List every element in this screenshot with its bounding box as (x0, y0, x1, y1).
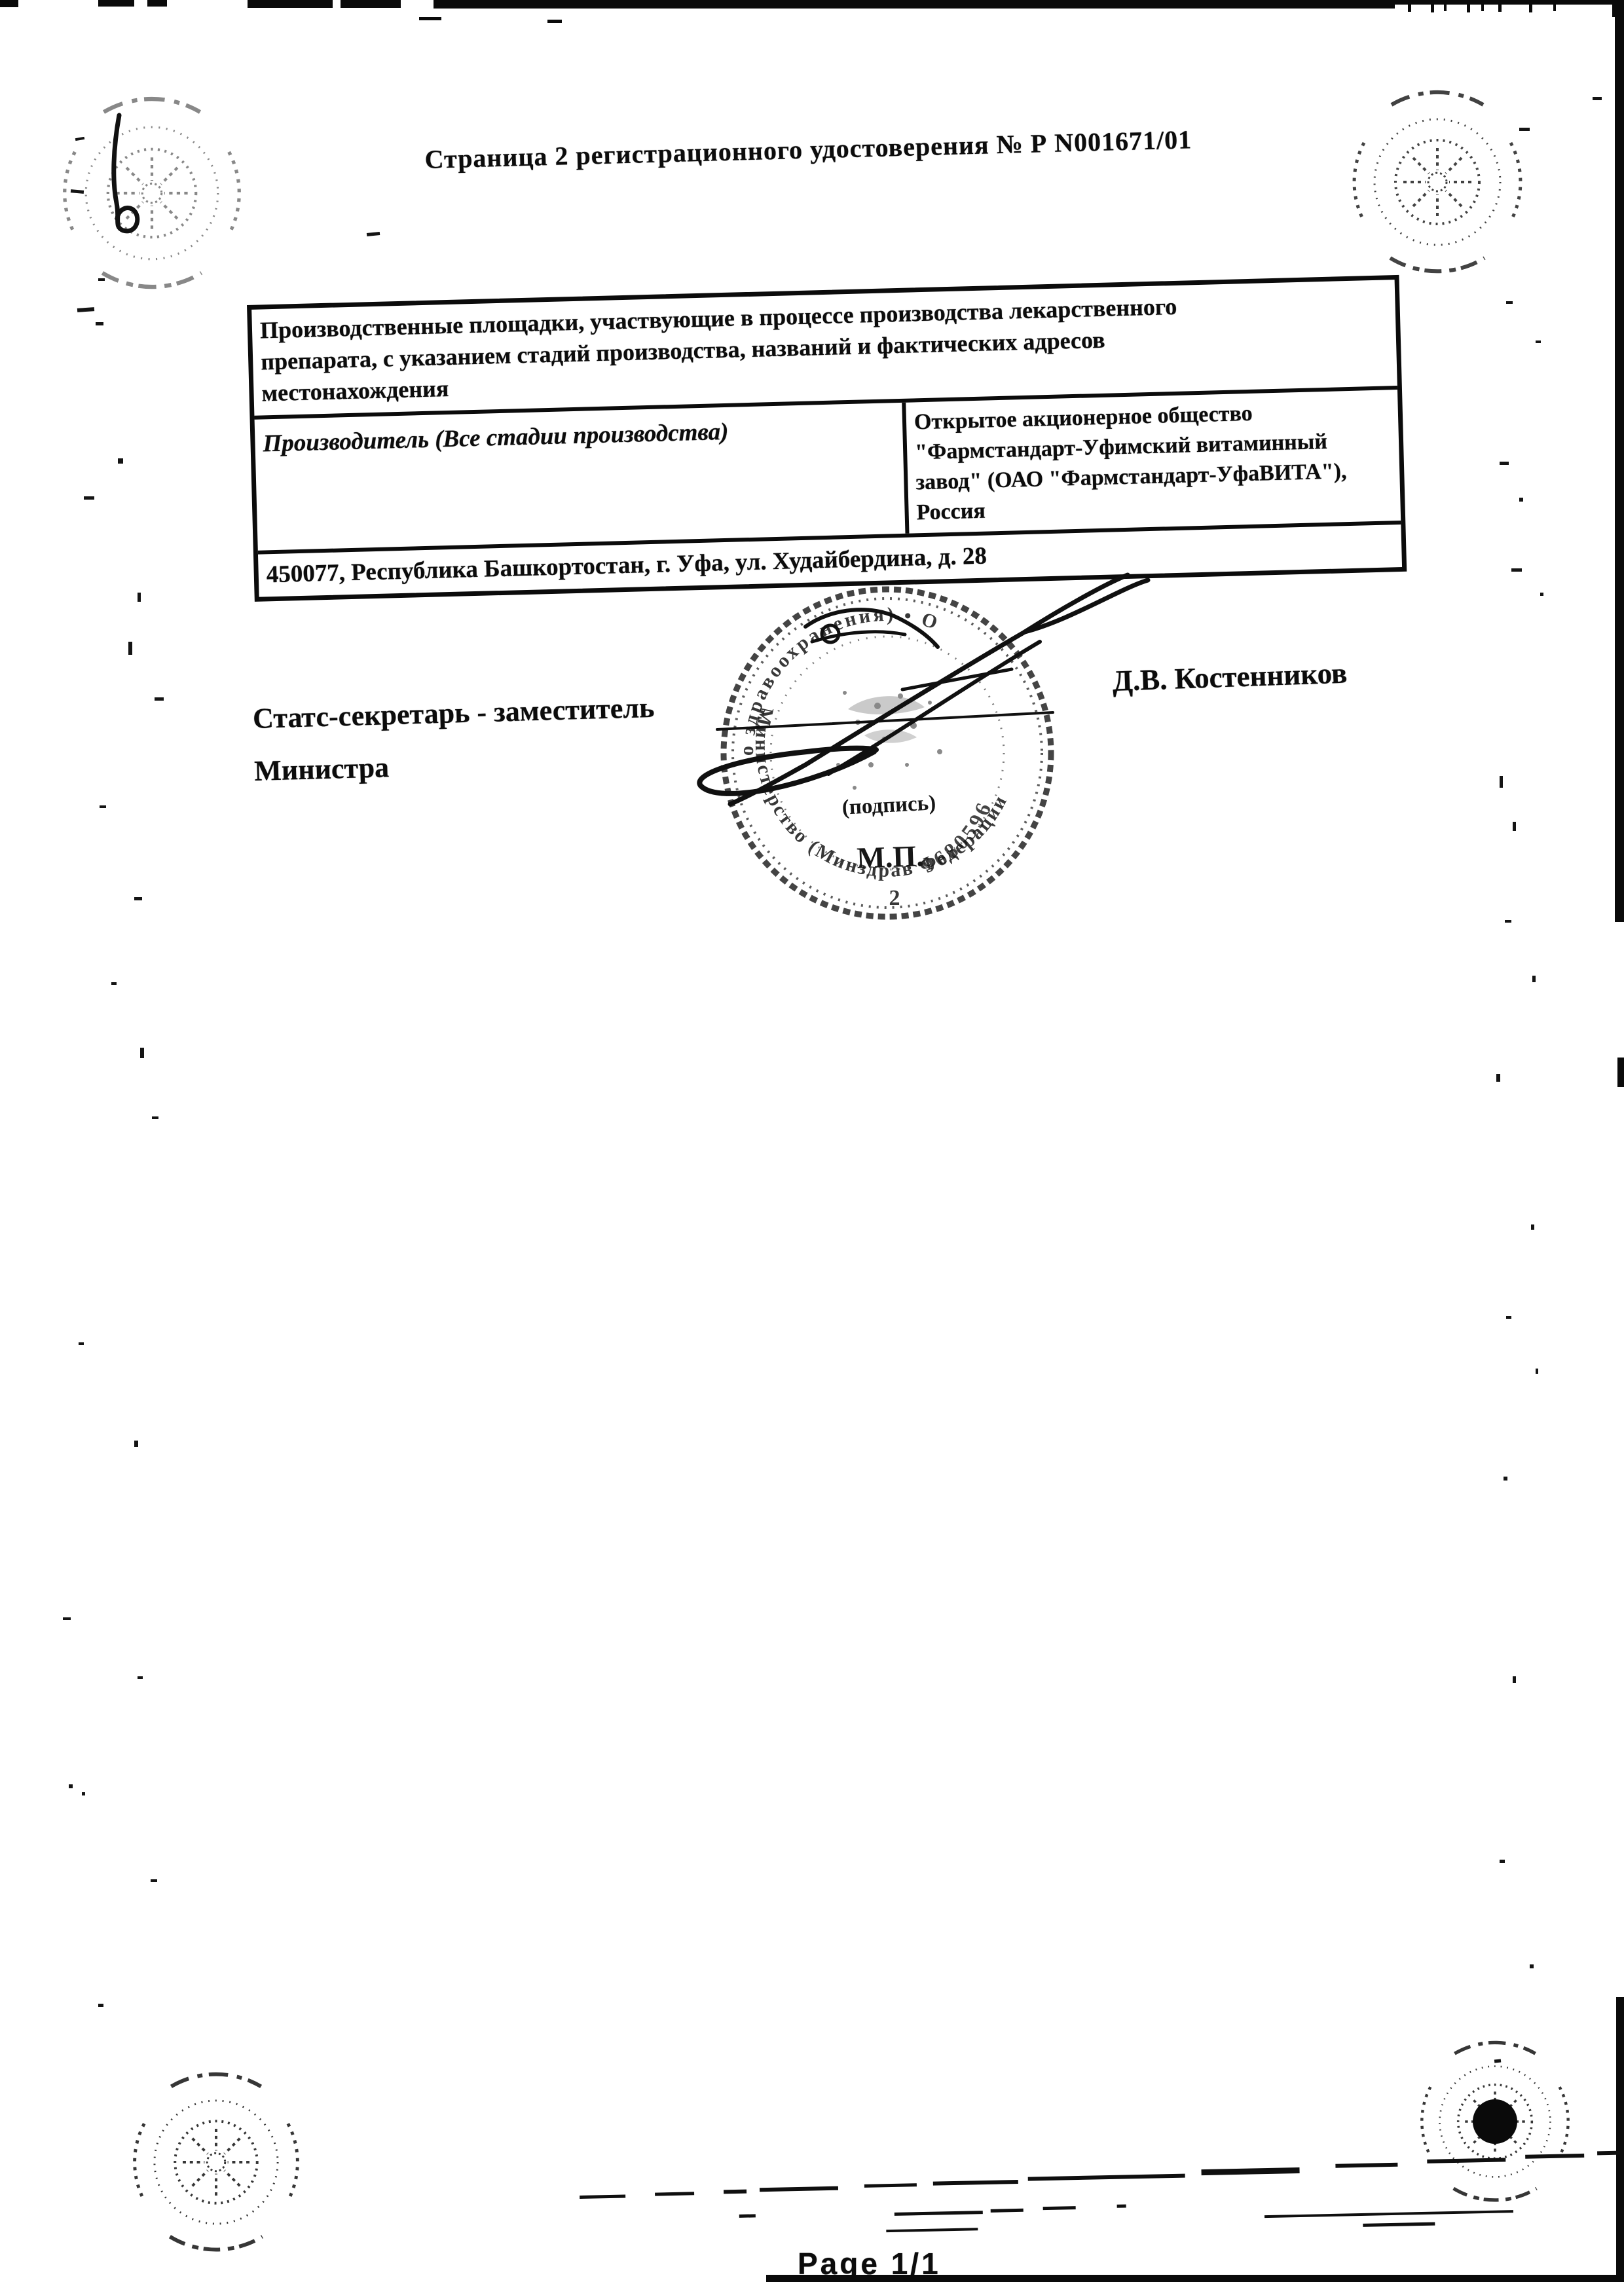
document-header: Страница 2 регистрационного удостоверени… (424, 124, 1192, 175)
scan-noise-dashes (579, 2151, 1621, 2243)
scan-specks-right (1494, 97, 1602, 2063)
signatory-title-line2: Министра (253, 734, 656, 798)
stamp-signature-label: (подпись) (841, 791, 936, 819)
handwritten-mark-icon (103, 111, 156, 242)
producer-company-cell: Открытое акционерное общество "Фармстанд… (906, 390, 1401, 534)
producer-label-cell: Производитель (Все стадии производства) (255, 403, 910, 551)
signatory-title: Статс-секретарь - заместитель Министра (252, 682, 657, 798)
production-sites-table: Производственные площадки, участвующие в… (247, 275, 1407, 602)
stamp-digit: 2 (889, 886, 900, 910)
signatory-title-line1: Статс-секретарь - заместитель (252, 682, 655, 745)
official-stamp: о здравоохранения) • О Министерство (Мин… (681, 568, 1467, 961)
rosette-center-dot (1473, 2099, 1517, 2144)
footer-page-number: Page 1/1 (798, 2246, 941, 2281)
scan-edge-top (0, 0, 1624, 23)
stamp-emblem-noise (836, 691, 942, 790)
scan-edge-right (1615, 0, 1624, 2282)
scanned-document-page: Страница 2 регистрационного удостоверени… (0, 0, 1624, 2282)
stamp-mp-label: М.П. (856, 839, 924, 875)
